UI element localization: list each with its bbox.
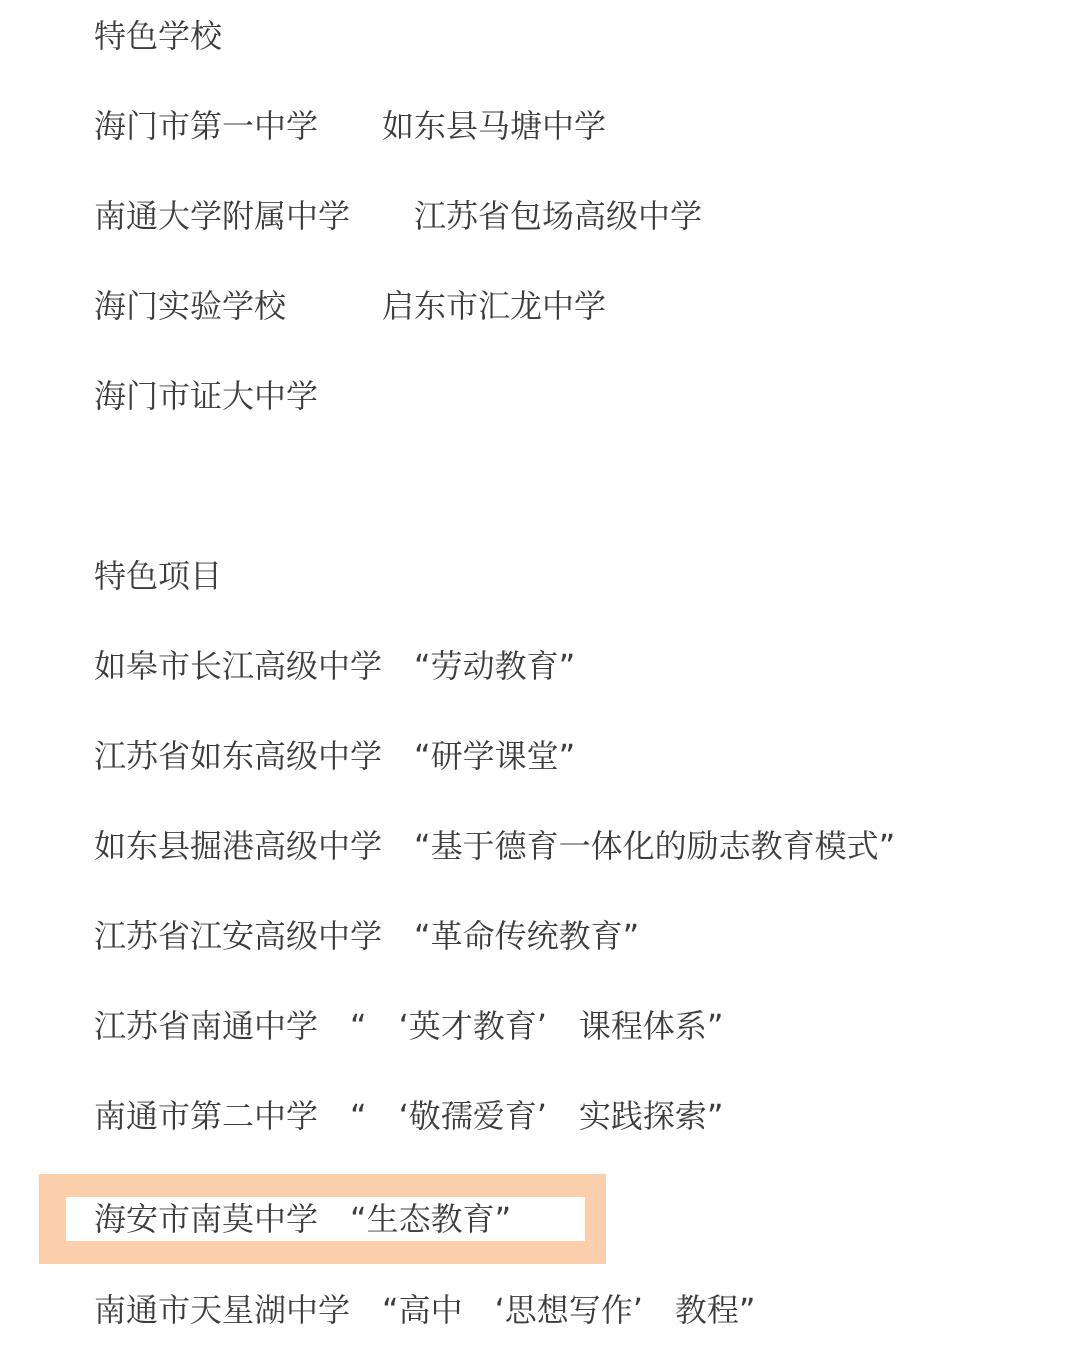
project-list-item-2: 江苏省如东高级中学 “研学课堂” <box>94 734 1050 778</box>
document-page: 特色学校 海门市第一中学 如东县马塘中学 南通大学附属中学 江苏省包场高级中学 … <box>0 0 1080 1351</box>
highlight-box: 海安市南莫中学 “生态教育” <box>39 1174 606 1264</box>
school-list-item-3: 海门实验学校 启东市汇龙中学 <box>94 284 1050 328</box>
project-list-item-4: 江苏省江安高级中学 “革命传统教育” <box>94 914 1050 958</box>
project-list-item-1: 如皋市长江高级中学 “劳动教育” <box>94 644 1050 688</box>
project-list-item-5: 江苏省南通中学 “ ‘英才教育’ 课程体系” <box>94 1004 1050 1048</box>
school-list-item-1: 海门市第一中学 如东县马塘中学 <box>94 104 1050 148</box>
school-list-item-4: 海门市证大中学 <box>94 374 1050 418</box>
school-list-item-2: 南通大学附属中学 江苏省包场高级中学 <box>94 194 1050 238</box>
highlighted-project-list-item: 海安市南莫中学 “生态教育” <box>66 1197 585 1241</box>
project-list-item-6: 南通市第二中学 “ ‘敬孺爱育’ 实践探索” <box>94 1094 1050 1138</box>
section-title-featured-schools: 特色学校 <box>94 14 1050 58</box>
project-list-item-3: 如东县掘港高级中学 “基于德育一体化的励志教育模式” <box>94 824 1050 868</box>
section-title-featured-projects: 特色项目 <box>94 554 1050 598</box>
section-gap <box>94 464 1050 554</box>
project-list-item-8: 南通市天星湖中学 “高中 ‘思想写作’ 教程” <box>94 1288 1050 1332</box>
